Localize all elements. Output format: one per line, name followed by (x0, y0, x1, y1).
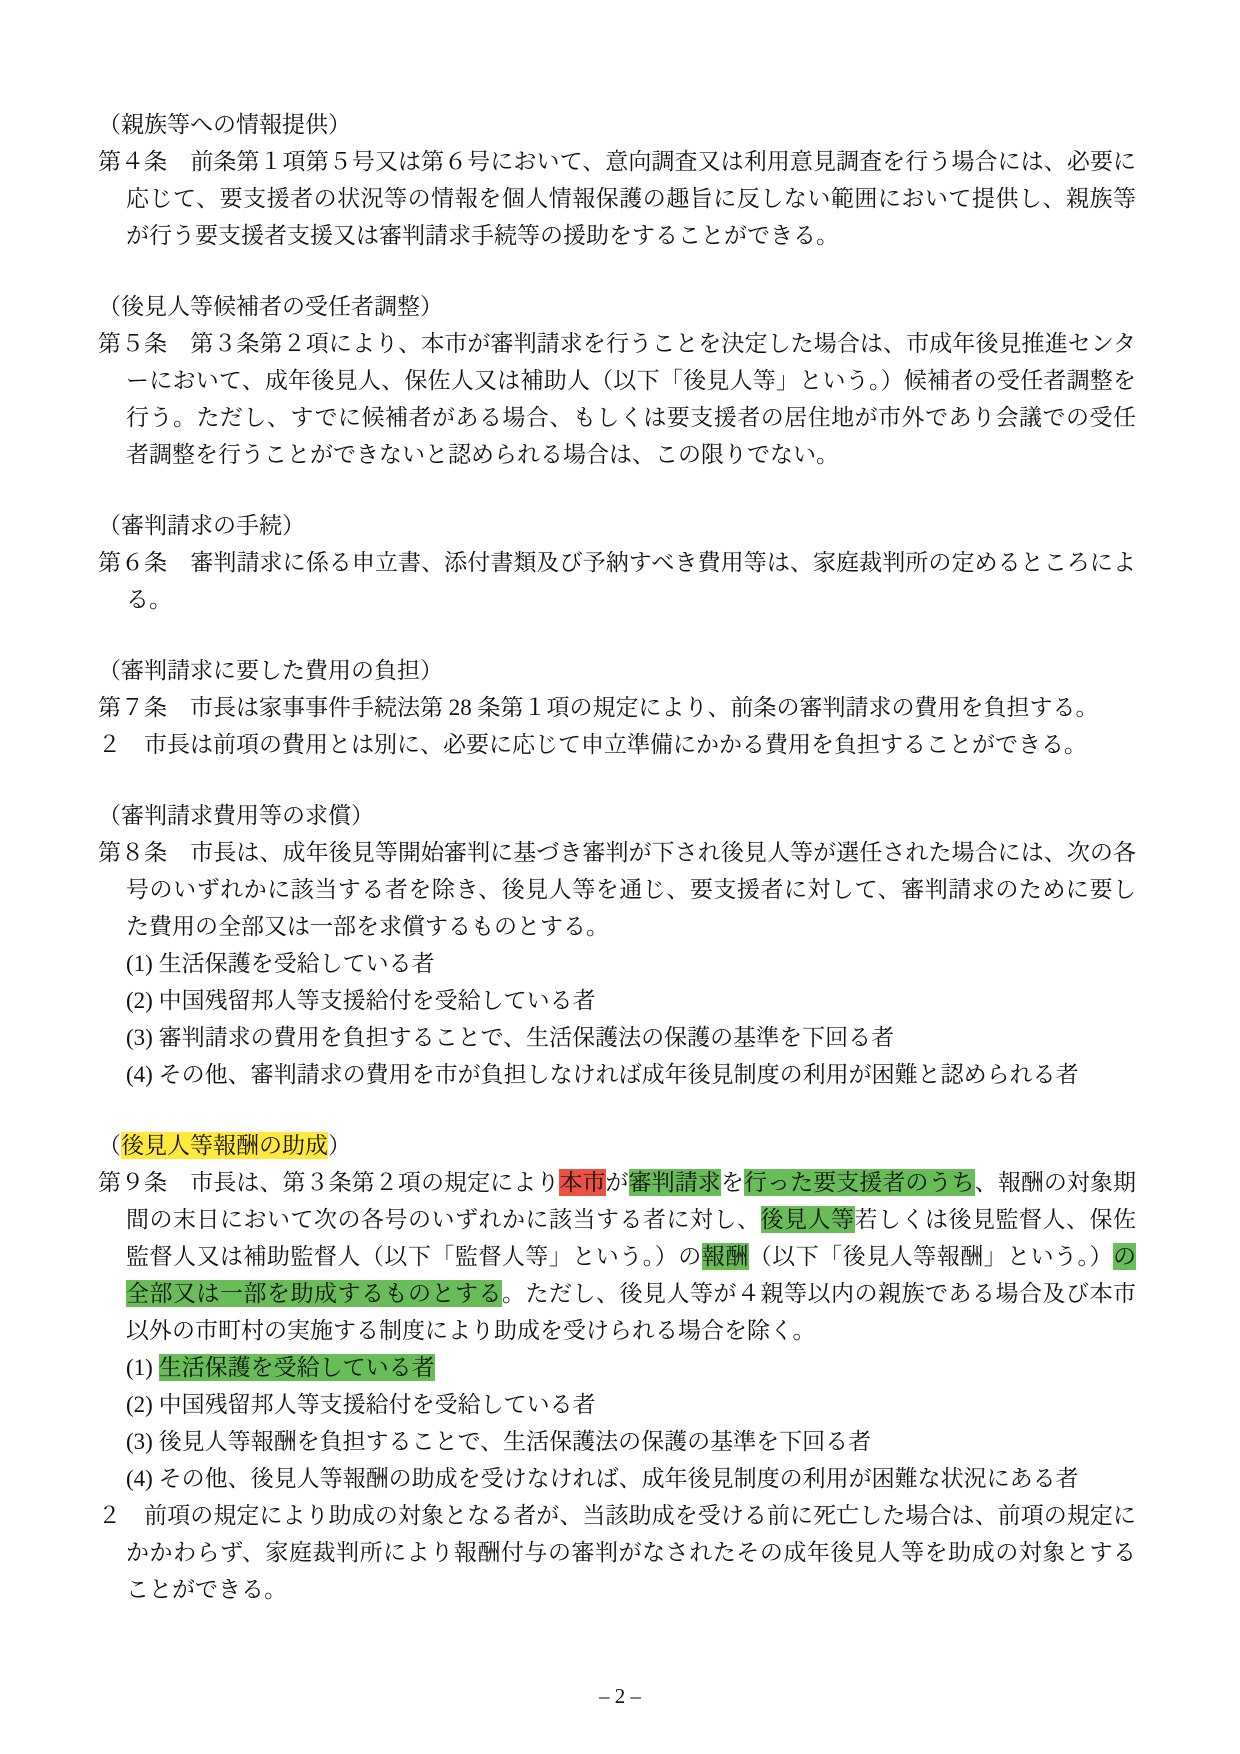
article-8-item-3: (3) 審判請求の費用を負担することで、生活保護法の保護の基準を下回る者 (126, 1019, 1136, 1056)
highlight-green: 審判請求 (629, 1169, 721, 1196)
section-heading-petition-procedure: （審判請求の手続） (98, 507, 1136, 544)
highlight-green: 行った要支援者のうち (744, 1169, 975, 1196)
article-8-item-4: (4) その他、審判請求の費用を市が負担しなければ成年後見制度の利用が困難と認め… (126, 1056, 1136, 1093)
page-number: – 2 – (0, 1684, 1240, 1708)
article-8-item-2: (2) 中国残留邦人等支援給付を受給している者 (126, 982, 1136, 1019)
article-5-paragraph: 第５条 第３条第２項により、本市が審判請求を行うことを決定した場合は、市成年後見… (98, 325, 1136, 473)
section-heading-cost-burden: （審判請求に要した費用の負担） (98, 652, 1136, 689)
article-9-item-1: (1) 生活保護を受給している者 (126, 1349, 1136, 1386)
article-9-item-3: (3) 後見人等報酬を負担することで、生活保護法の保護の基準を下回る者 (126, 1423, 1136, 1460)
highlight-green: の全部又は一部を助成するものとする (126, 1243, 1136, 1307)
section-heading-cost-reimbursement: （審判請求費用等の求償） (98, 797, 1136, 834)
highlight-green: 生活保護を受給している者 (159, 1354, 435, 1381)
highlight-red: 本市 (559, 1169, 605, 1196)
document-body: （親族等への情報提供）第４条 前条第１項第５号又は第６号において、意向調査又は利… (98, 106, 1136, 1608)
section-heading-candidate-coordination: （後見人等候補者の受任者調整） (98, 288, 1136, 325)
highlight-yellow: 後見人等報酬の助成 (121, 1132, 328, 1159)
highlight-green: 報酬 (702, 1243, 749, 1270)
highlight-green: 後見人等 (761, 1206, 855, 1233)
article-9-paragraph-1: 第９条 市長は、第３条第２項の規定により本市が審判請求を行った要支援者のうち、報… (98, 1164, 1136, 1349)
article-6-paragraph: 第６条 審判請求に係る申立書、添付書類及び予納すべき費用等は、家庭裁判所の定める… (98, 544, 1136, 618)
article-8-item-1: (1) 生活保護を受給している者 (126, 945, 1136, 982)
section-spacer (98, 254, 1136, 288)
article-9-item-2: (2) 中国残留邦人等支援給付を受給している者 (126, 1386, 1136, 1423)
section-spacer (98, 763, 1136, 797)
document-page: （親族等への情報提供）第４条 前条第１項第５号又は第６号において、意向調査又は利… (0, 0, 1240, 1754)
article-4-paragraph: 第４条 前条第１項第５号又は第６号において、意向調査又は利用意見調査を行う場合に… (98, 143, 1136, 254)
article-9-paragraph-2: ２ 前項の規定により助成の対象となる者が、当該助成を受ける前に死亡した場合は、前… (98, 1497, 1136, 1608)
section-spacer (98, 1093, 1136, 1127)
section-spacer (98, 618, 1136, 652)
article-7-paragraph-2: ２ 市長は前項の費用とは別に、必要に応じて申立準備にかかる費用を負担することがで… (98, 726, 1136, 763)
article-9-item-4: (4) その他、後見人等報酬の助成を受けなければ、成年後見制度の利用が困難な状況… (126, 1460, 1136, 1497)
article-8-paragraph: 第８条 市長は、成年後見等開始審判に基づき審判が下され後見人等が選任された場合に… (98, 834, 1136, 945)
section-spacer (98, 473, 1136, 507)
article-7-paragraph-1: 第７条 市長は家事事件手続法第 28 条第１項の規定により、前条の審判請求の費用… (98, 689, 1136, 726)
section-heading-information-provision: （親族等への情報提供） (98, 106, 1136, 143)
section-heading-remuneration-subsidy: （後見人等報酬の助成） (98, 1127, 1136, 1164)
